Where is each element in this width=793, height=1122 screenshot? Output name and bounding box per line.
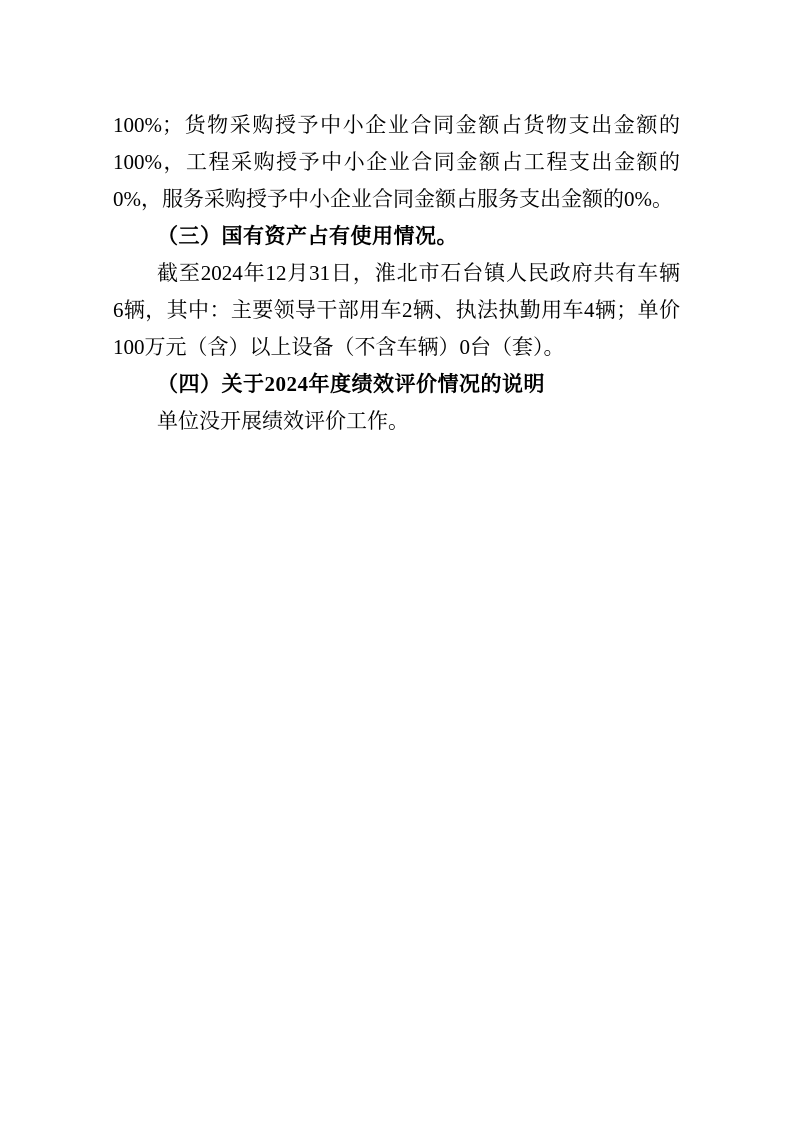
section-heading-state-assets: （三）国有资产占有使用情况。 [113,218,680,255]
equipment-line: 100万元（含）以上设备（不含车辆）0台（套）。 [113,329,680,366]
vehicles-summary-line: 截至2024年12月31日，淮北市石台镇人民政府共有车辆 [113,255,680,292]
procurement-services-line: 0%，服务采购授予中小企业合同金额占服务支出金额的0%。 [113,181,680,218]
performance-evaluation-statement-line: 单位没开展绩效评价工作。 [113,403,680,440]
document-page: 100%；货物采购授予中小企业合同金额占货物支出金额的 100%，工程采购授予中… [0,0,793,1122]
document-text-block: 100%；货物采购授予中小企业合同金额占货物支出金额的 100%，工程采购授予中… [113,107,680,440]
section-heading-performance-evaluation: （四）关于2024年度绩效评价情况的说明 [113,366,680,403]
procurement-goods-line: 100%；货物采购授予中小企业合同金额占货物支出金额的 [113,107,680,144]
vehicles-detail-line: 6辆，其中：主要领导干部用车2辆、执法执勤用车4辆；单价 [113,292,680,329]
procurement-engineering-line: 100%，工程采购授予中小企业合同金额占工程支出金额的 [113,144,680,181]
